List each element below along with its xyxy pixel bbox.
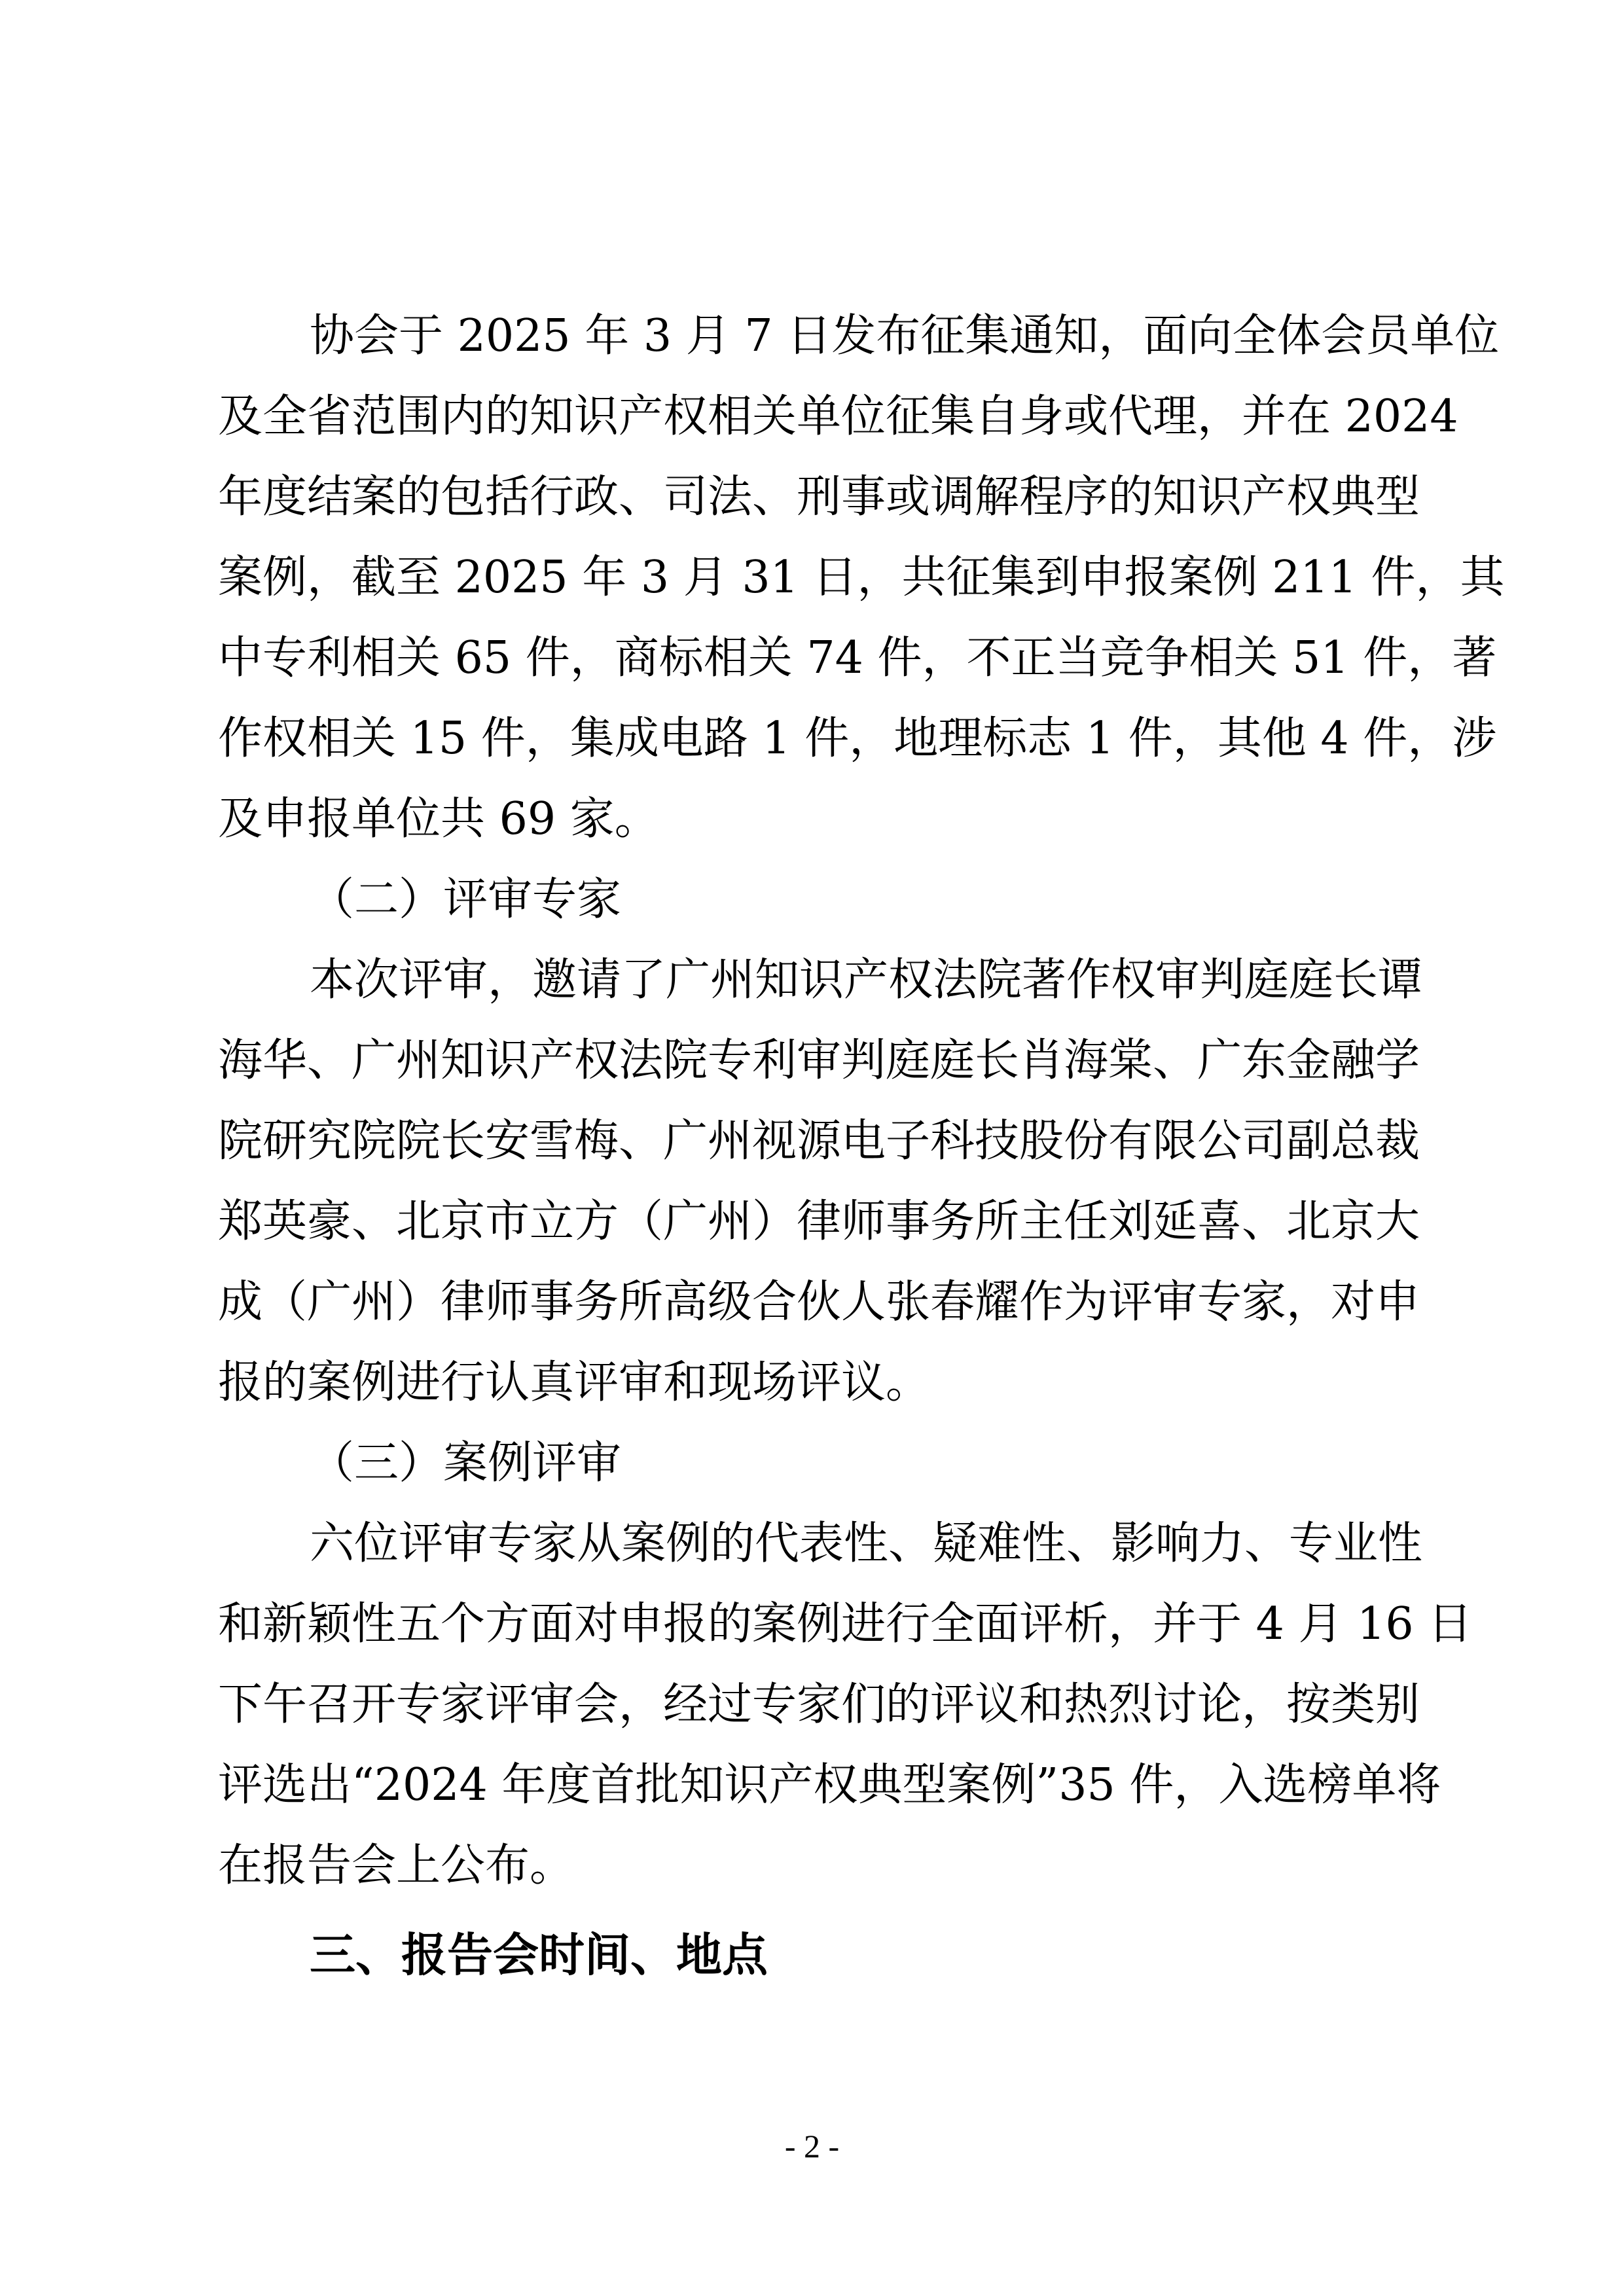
text-line: 本次评审，邀请了广州知识产权法院著作权审判庭庭长谭 bbox=[218, 940, 1404, 1020]
text-line: 评选出“2024 年度首批知识产权典型案例”35 件，入选榜单将 bbox=[218, 1745, 1404, 1825]
page-number: - 2 - bbox=[0, 2127, 1624, 2165]
text-line: 郑英豪、北京市立方（广州）律师事务所主任刘延喜、北京大 bbox=[218, 1181, 1404, 1262]
section-title-meeting-time-location: 三、报告会时间、地点 bbox=[218, 1906, 1404, 2004]
paragraph-review-experts: 本次评审，邀请了广州知识产权法院著作权审判庭庭长谭 海华、广州知识产权法院专利审… bbox=[218, 940, 1404, 1423]
text-line: 海华、广州知识产权法院专利审判庭庭长肖海棠、广东金融学 bbox=[218, 1020, 1404, 1101]
text-line: 下午召开专家评审会，经过专家们的评议和热烈讨论，按类别 bbox=[218, 1664, 1404, 1745]
text-line: 作权相关 15 件，集成电路 1 件，地理标志 1 件，其他 4 件，涉 bbox=[218, 698, 1404, 779]
subsection-title-case-review: （三）案例评审 bbox=[218, 1423, 1404, 1503]
text-line: 及申报单位共 69 家。 bbox=[218, 779, 1404, 859]
text-line: 协会于 2025 年 3 月 7 日发布征集通知，面向全体会员单位 bbox=[218, 296, 1404, 376]
text-line: 和新颖性五个方面对申报的案例进行全面评析，并于 4 月 16 日 bbox=[218, 1584, 1404, 1664]
text-line: 成（广州）律师事务所高级合伙人张春耀作为评审专家，对申 bbox=[218, 1262, 1404, 1342]
text-line: 中专利相关 65 件，商标相关 74 件，不正当竞争相关 51 件，著 bbox=[218, 618, 1404, 698]
text-line: 六位评审专家从案例的代表性、疑难性、影响力、专业性 bbox=[218, 1503, 1404, 1584]
text-line: 年度结案的包括行政、司法、刑事或调解程序的知识产权典型 bbox=[218, 457, 1404, 537]
paragraph-case-collection: 协会于 2025 年 3 月 7 日发布征集通知，面向全体会员单位 及全省范围内… bbox=[218, 296, 1404, 859]
paragraph-case-review: 六位评审专家从案例的代表性、疑难性、影响力、专业性 和新颖性五个方面对申报的案例… bbox=[218, 1503, 1404, 1906]
text-line: 院研究院院长安雪梅、广州视源电子科技股份有限公司副总裁 bbox=[218, 1101, 1404, 1181]
text-line: 案例，截至 2025 年 3 月 31 日，共征集到申报案例 211 件，其 bbox=[218, 537, 1404, 618]
text-line: 及全省范围内的知识产权相关单位征集自身或代理，并在 2024 bbox=[218, 376, 1404, 457]
text-line: 在报告会上公布。 bbox=[218, 1825, 1404, 1906]
document-page: 协会于 2025 年 3 月 7 日发布征集通知，面向全体会员单位 及全省范围内… bbox=[218, 296, 1404, 2004]
subsection-title-review-experts: （二）评审专家 bbox=[218, 859, 1404, 940]
text-line: 报的案例进行认真评审和现场评议。 bbox=[218, 1342, 1404, 1423]
